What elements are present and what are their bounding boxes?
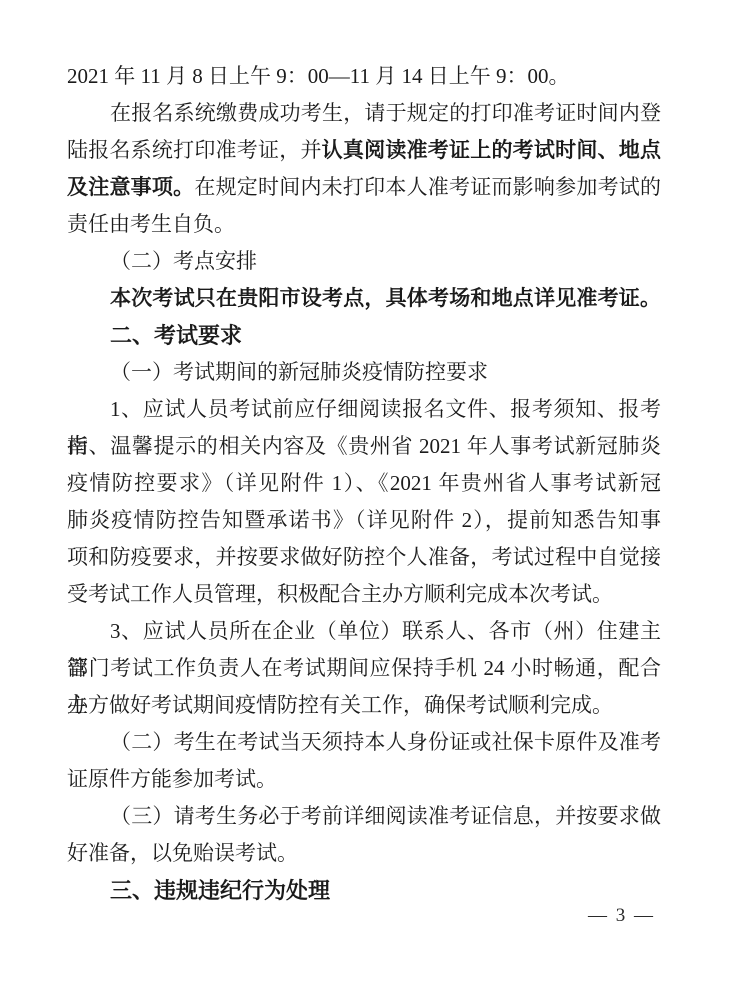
text-line: 3、应试人员所在企业（单位）联系人、各市（州）住建主管 — [67, 613, 661, 650]
emphasis-segment: 及注意事项。 — [67, 175, 194, 199]
text-line: 办方做好考试期间疫情防控有关工作，确保考试顺利完成。 — [67, 687, 661, 724]
text-segment: 肺炎疫情防控告知暨承诺书》（详见附件 2），提前知悉告知事 — [67, 508, 661, 532]
text-segment: 在报名系统缴费成功考生，请于规定的打印准考证时间内登 — [110, 101, 661, 125]
text-segment: 责任由考生自负。 — [67, 212, 235, 236]
text-segment: （二）考生在考试当天须持本人身份证或社保卡原件及准考 — [110, 730, 661, 754]
heading-text: 三、违规违纪行为处理 — [110, 878, 330, 903]
text-line: 1、应试人员考试前应仔细阅读报名文件、报考须知、报考指 — [67, 391, 661, 428]
text-segment: 陆报名系统打印准考证，并 — [67, 138, 322, 162]
text-segment: 南、温馨提示的相关内容及《贵州省 2021 年人事考试新冠肺炎 — [67, 434, 661, 458]
text-segment: 项和防疫要求，并按要求做好防控个人准备，考试过程中自觉接 — [67, 545, 661, 569]
text-segment: 2021 年 11 月 8 日上午 9：00—11 月 14 日上午 9：00。 — [67, 64, 569, 88]
section-heading-exam-requirements: 二、考试要求 — [67, 317, 661, 354]
text-line: 项和防疫要求，并按要求做好防控个人准备，考试过程中自觉接 — [67, 539, 661, 576]
document-page: 2021 年 11 月 8 日上午 9：00—11 月 14 日上午 9：00。… — [0, 0, 747, 989]
text-line: 在报名系统缴费成功考生，请于规定的打印准考证时间内登 — [67, 95, 661, 132]
section-heading-violations: 三、违规违纪行为处理 — [67, 872, 661, 909]
text-segment: （一）考试期间的新冠肺炎疫情防控要求 — [110, 360, 488, 384]
text-line: （三）请考生务必于考前详细阅读准考证信息，并按要求做 — [67, 798, 661, 835]
text-line: 肺炎疫情防控告知暨承诺书》（详见附件 2），提前知悉告知事 — [67, 502, 661, 539]
text-line: 本次考试只在贵阳市设考点，具体考场和地点详见准考证。 — [67, 280, 661, 317]
text-line: 部门考试工作负责人在考试期间应保持手机 24 小时畅通，配合主 — [67, 650, 661, 687]
text-line: 责任由考生自负。 — [67, 206, 661, 243]
text-line: 2021 年 11 月 8 日上午 9：00—11 月 14 日上午 9：00。 — [67, 58, 661, 95]
text-line: 疫情防控要求》（详见附件 1）、《2021 年贵州省人事考试新冠 — [67, 465, 661, 502]
text-segment: 在规定时间内未打印本人准考证而影响参加考试的 — [194, 175, 661, 199]
text-line: 证原件方能参加考试。 — [67, 761, 661, 798]
page-number: — 3 — — [588, 905, 655, 927]
heading-text: 二、考试要求 — [110, 323, 242, 348]
text-segment: 疫情防控要求》（详见附件 1）、《2021 年贵州省人事考试新冠 — [67, 471, 661, 495]
text-segment: 办方做好考试期间疫情防控有关工作，确保考试顺利完成。 — [67, 693, 613, 717]
subsection-heading-epidemic-control: （一）考试期间的新冠肺炎疫情防控要求 — [67, 354, 661, 391]
text-line: 受考试工作人员管理，积极配合主办方顺利完成本次考试。 — [67, 576, 661, 613]
text-line: 南、温馨提示的相关内容及《贵州省 2021 年人事考试新冠肺炎 — [67, 428, 661, 465]
text-line: （二）考生在考试当天须持本人身份证或社保卡原件及准考 — [67, 724, 661, 761]
text-segment: 好准备，以免贻误考试。 — [67, 841, 298, 865]
emphasis-segment: 认真阅读准考证上的考试时间、地点 — [322, 138, 661, 162]
text-segment: （三）请考生务必于考前详细阅读准考证信息，并按要求做 — [110, 804, 661, 828]
emphasis-segment: 本次考试只在贵阳市设考点，具体考场和地点详见准考证。 — [110, 286, 661, 310]
text-line: 陆报名系统打印准考证，并认真阅读准考证上的考试时间、地点 — [67, 132, 661, 169]
text-line: 及注意事项。在规定时间内未打印本人准考证而影响参加考试的 — [67, 169, 661, 206]
text-segment: 证原件方能参加考试。 — [67, 767, 277, 791]
text-line: 好准备，以免贻误考试。 — [67, 835, 661, 872]
document-body: 2021 年 11 月 8 日上午 9：00—11 月 14 日上午 9：00。… — [67, 58, 661, 909]
text-segment: 受考试工作人员管理，积极配合主办方顺利完成本次考试。 — [67, 582, 613, 606]
text-segment: （二）考点安排 — [110, 249, 257, 273]
subsection-heading-exam-site: （二）考点安排 — [67, 243, 661, 280]
